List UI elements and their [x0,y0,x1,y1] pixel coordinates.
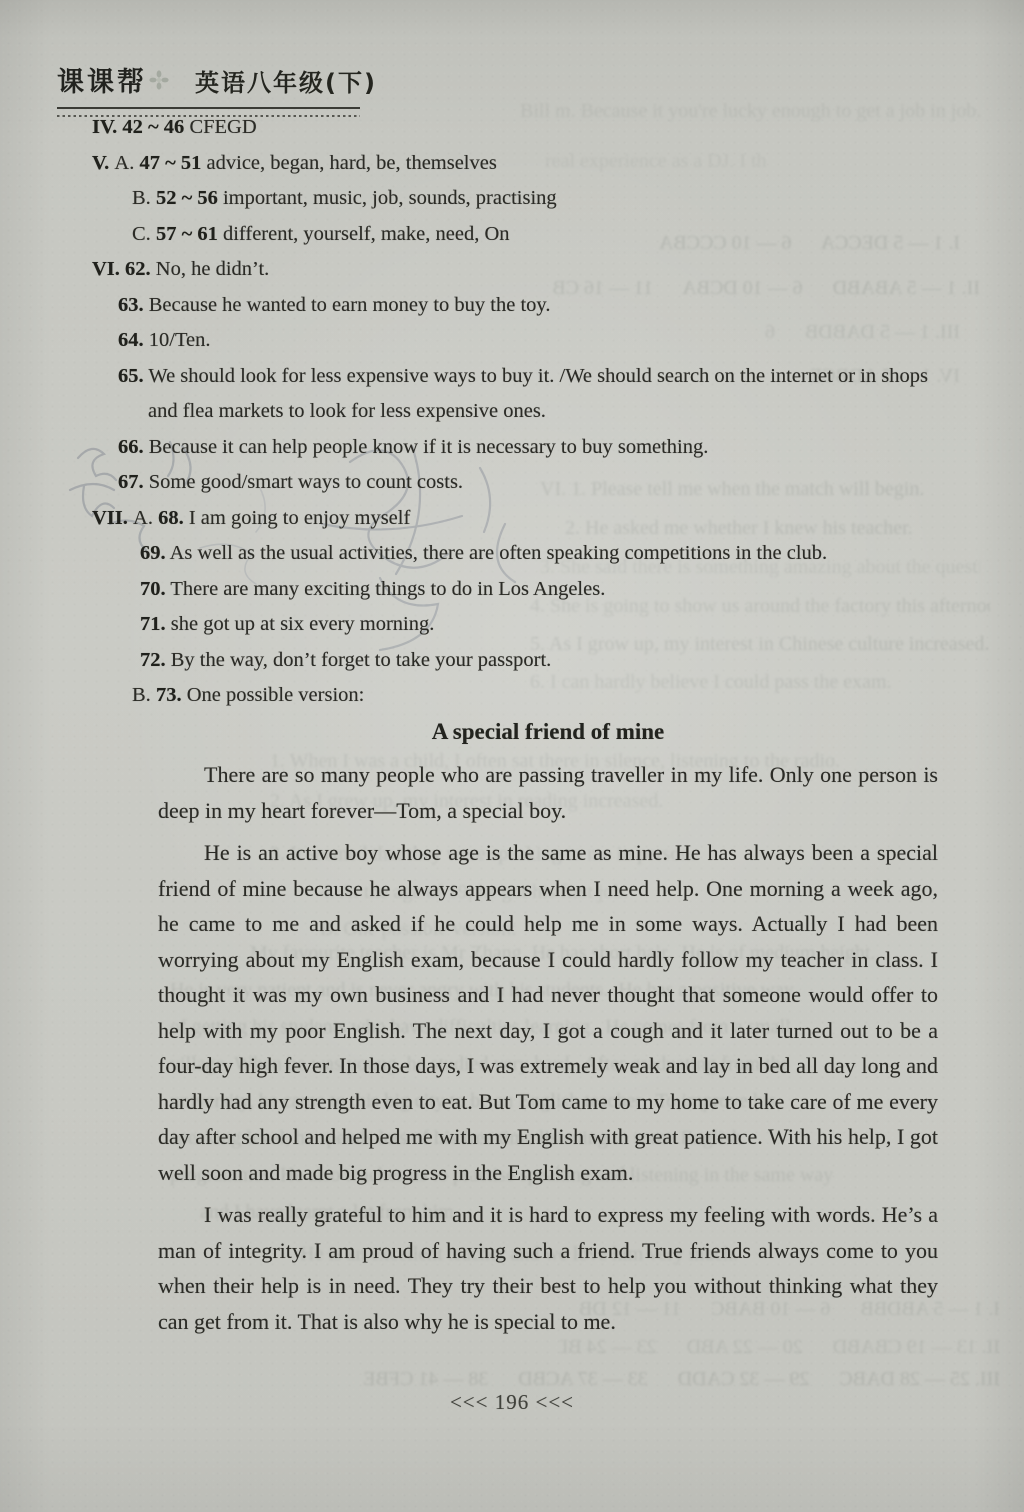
footer-page-number: <<< 196 <<< [0,1390,1024,1415]
answer-line: 66. Because it can help people know if i… [92,430,932,466]
essay-paragraph: There are so many people who are passing… [158,757,938,828]
answer-line: 70. There are many exciting things to do… [92,572,932,608]
answer-line: VI. 62. No, he didn’t. [92,252,932,288]
answer-line: 63. Because he wanted to earn money to b… [92,288,932,324]
answer-line: V. A. 47 ~ 51 advice, began, hard, be, t… [92,146,932,182]
ghost-line: III. 25 — 28 DABC 29 — 32 CADD 33 — 37 A… [75,1368,1000,1391]
essay-paragraph: He is an active boy whose age is the sam… [158,835,938,1190]
answer-line: 67. Some good/smart ways to count costs. [92,465,932,501]
header-rule-solid [57,107,360,109]
scanned-workbook-page: { "header": { "brand": "课课帮", "title": "… [0,0,1024,1512]
answer-line: B. 52 ~ 56 important, music, job, sounds… [92,181,932,217]
brand-logo: 课课帮 [57,60,147,99]
answer-line: 64. 10/Ten. [92,323,932,359]
ghost-line: II. 13 — 19 CBABD 20 — 22 ABD 23 — 24 BD [560,1336,1000,1359]
answer-line: B. 73. One possible version: [92,678,932,714]
essay-paragraph: I was really grateful to him and it is h… [158,1197,938,1339]
model-essay-block: A special friend of mine There are so ma… [158,714,938,1339]
page-header: 课课帮 英语八年级(下) [57,60,377,117]
answer-line: 69. As well as the usual activities, the… [92,536,932,572]
answer-key-block: IV. 42 ~ 46 CFEGDV. A. 47 ~ 51 advice, b… [92,110,932,714]
answer-line: VII. A. 68. I am going to enjoy myself [92,501,932,537]
flower-ornament-icon [149,70,169,90]
essay-title: A special friend of mine [158,714,938,750]
answer-line: IV. 42 ~ 46 CFEGD [92,110,932,146]
answer-line: 71. she got up at six every morning. [92,607,932,643]
answer-line: 72. By the way, don’t forget to take you… [92,643,932,679]
volume-title: 英语八年级(下) [195,63,377,98]
answer-line: C. 57 ~ 61 different, yourself, make, ne… [92,217,932,253]
answer-line: 65. We should look for less expensive wa… [92,359,932,430]
